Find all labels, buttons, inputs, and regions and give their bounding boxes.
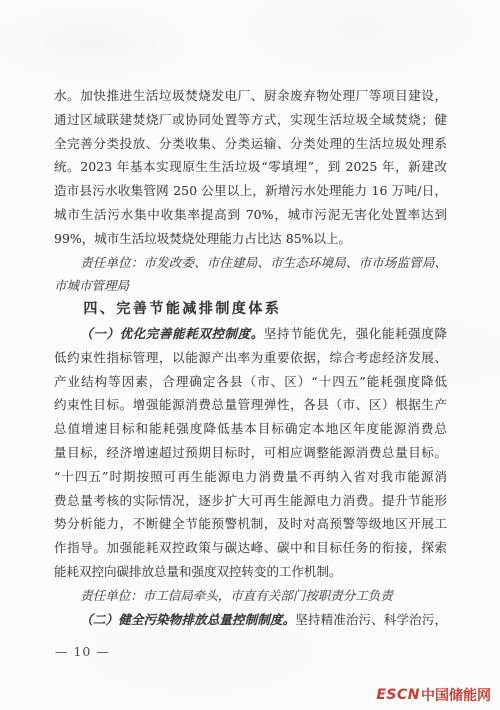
responsibility-line: 责任单位：市发改委、市住建局、市生态环境局、市市场监管局、: [54, 251, 447, 275]
escn-logo-latin: ESCN: [376, 687, 420, 703]
page-number: — 10 —: [55, 644, 110, 659]
escn-logo: ESCN中国储能网: [376, 685, 491, 705]
responsibility-line: 责任单位：市工信局牵头，市直有关部门按职责分工负责: [54, 584, 447, 608]
text-line: 总值增速目标和能耗强度降低基本目标确定本地区年度能源消费总: [54, 417, 447, 441]
text-line: 城市生活污水集中收集率提高到 70%，城市污泥无害化处置率达到: [54, 203, 447, 227]
text-line: “十四五”时期按照可再生能源电力消费量不再纳入省对我市能源消: [54, 465, 447, 489]
text-line: 统。2023 年基本实现原生生活垃圾“零填埋”，到 2025 年，新建改: [54, 155, 447, 179]
clause-title: （二）健全污染物排放总量控制制度。: [80, 612, 295, 627]
text-line: 低约束性指标管理，以能源产出率为重要依据，综合考虑经济发展、: [54, 346, 447, 370]
text-line: 能耗双控向碳排放总量和强度双控转变的工作机制。: [54, 560, 447, 584]
clause-title: （一）优化完善能耗双控制度。: [80, 326, 264, 341]
text-line: 造市县污水收集管网 250 公里以上，新增污水处理能力 16 万吨/日，: [54, 179, 447, 203]
text-line: （一）优化完善能耗双控制度。坚持节能优先，强化能耗强度降: [54, 322, 447, 346]
clause-body: 坚持精准治污、科学治污，: [295, 612, 447, 627]
text-line: 通过区域联建焚烧厂或协同处置等方式，实现生活垃圾全域焚烧；健: [54, 108, 447, 132]
text-line: 水。加快推进生活垃圾焚烧发电厂、厨余废弃物处理厂等项目建设，: [54, 84, 447, 108]
text-line: 全完善分类投放、分类收集、分类运输、分类处理的生活垃圾处理系: [54, 132, 447, 156]
text-line: （二）健全污染物排放总量控制制度。坚持精准治污、科学治污，: [54, 608, 447, 632]
clause-body: 坚持节能优先，强化能耗强度降: [264, 326, 447, 341]
escn-logo-chinese: 中国储能网: [421, 685, 491, 705]
responsibility-line: 市城市管理局: [54, 274, 447, 298]
section-heading: 四、完善节能减排制度体系: [54, 298, 447, 322]
text-line: 量目标，经济增速超过预期目标时，可相应调整能源消费总量目标。: [54, 441, 447, 465]
text-line: 势分析能力，不断健全节能预警机制，及时对高预警等级地区开展工: [54, 512, 447, 536]
text-line: 费总量考核的实际情况，逐步扩大可再生能源电力消费。提升节能形: [54, 489, 447, 513]
text-line: 约束性目标。增强能源消费总量管理弹性，各县（市、区）根据生产: [54, 393, 447, 417]
text-line: 产业结构等因素，合理确定各县（市、区）“十四五”能耗强度降低: [54, 370, 447, 394]
text-line: 作指导。加强能耗双控政策与碳达峰、碳中和目标任务的衔接，探索: [54, 536, 447, 560]
document-body: 水。加快推进生活垃圾焚烧发电厂、厨余废弃物处理厂等项目建设， 通过区域联建焚烧厂…: [54, 84, 447, 631]
text-line: 99%，城市生活垃圾焚烧处理能力占比达 85%以上。: [54, 227, 447, 251]
